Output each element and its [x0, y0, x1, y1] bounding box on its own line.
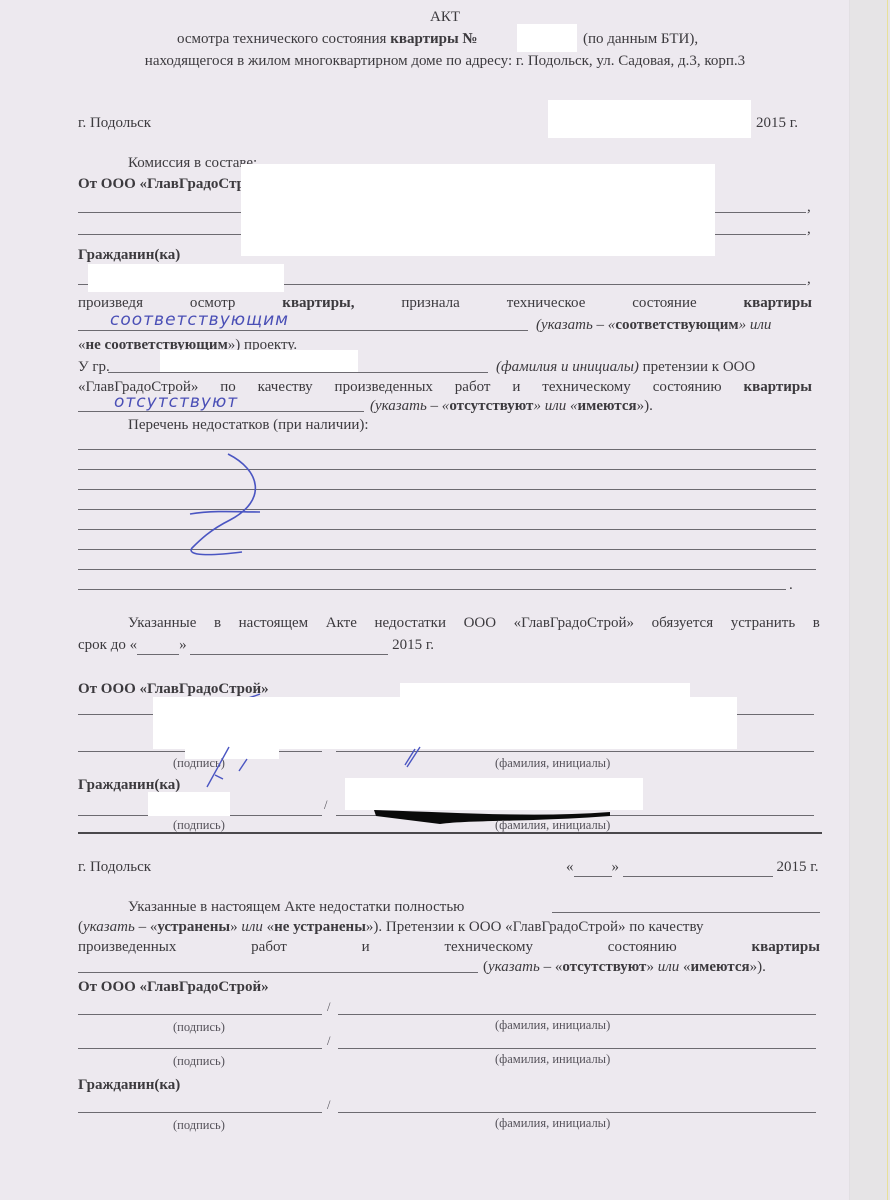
hint-option-1: соответствующим: [615, 317, 738, 333]
deadline-month-field[interactable]: [190, 636, 388, 655]
sig2-company-label: От ООО «ГлавГрадоСтрой»: [78, 978, 269, 996]
handwritten-claims-value: отсутствуют: [114, 392, 238, 412]
deadline-year: 2015 г.: [392, 637, 434, 653]
sig2-citizen-label: Гражданин(ка): [78, 1076, 180, 1094]
sig1-citizen-name-caption: (фамилия, инициалы): [495, 818, 610, 833]
sig1-name-caption: (фамилия, инициалы): [495, 756, 610, 771]
claims-hint: (указать – «отсутствуют» или «имеются»).: [370, 397, 653, 415]
claims-name-hint: (фамилия и инициалы) претензии к ООО: [496, 358, 755, 376]
hint-text: указать: [83, 919, 135, 935]
comma: ,: [807, 198, 811, 216]
redacted-citizen-name: [88, 264, 284, 292]
hint-option-1: устранены: [157, 919, 230, 935]
conformity-hint: (указать – «соответствующим» или: [536, 316, 771, 334]
word: Акте: [326, 614, 357, 632]
redacted-claims-name: [160, 350, 358, 372]
redacted-date: [548, 100, 751, 138]
word: «ГлавГрадоСтрой»: [514, 614, 634, 632]
defects-period: .: [789, 576, 793, 594]
sig2-signature-caption: (подпись): [173, 1054, 225, 1069]
hint-text: или: [238, 919, 267, 935]
word: состояние: [632, 294, 696, 312]
word: ООО: [464, 614, 497, 632]
word: техническому: [444, 938, 533, 956]
commission-intro: Комиссия в составе:: [128, 154, 257, 172]
sig2-signature-line[interactable]: [78, 1112, 322, 1113]
claims-name-field-line[interactable]: [108, 372, 488, 373]
conformity-field-line[interactable]: [78, 330, 528, 331]
handwritten-z-strikeout: [170, 450, 280, 560]
hint-text: указать: [488, 959, 540, 975]
comma: ,: [807, 220, 811, 238]
word: в: [813, 614, 820, 632]
handwritten-conformity-value: соответствующим: [110, 310, 289, 330]
subtitle-text: осмотра технического состояния: [177, 31, 386, 47]
word: Указанные: [128, 614, 196, 632]
word: работ: [455, 378, 491, 396]
claims-field-line[interactable]: [78, 411, 364, 412]
hint-text: или: [658, 959, 680, 975]
deadline-text: срок до «: [78, 637, 137, 653]
slash: /: [324, 798, 327, 813]
hint-text: »). Претензии к ООО «ГлавГрадоСтрой» по …: [366, 919, 704, 935]
sig2-name-caption: (фамилия, инициалы): [495, 1116, 610, 1131]
word: произведенных: [335, 378, 433, 396]
word: квартиры,: [282, 294, 354, 312]
hint-option-1: отсутствуют: [449, 398, 533, 414]
sig2-signature-caption: (подпись): [173, 1118, 225, 1133]
sig2-name-line[interactable]: [338, 1112, 816, 1113]
redacted-commission-members: [241, 164, 715, 256]
deadline-line-2: срок до « » 2015 г.: [78, 636, 434, 655]
slash: /: [327, 1098, 330, 1113]
sig2-name-line[interactable]: [338, 1048, 816, 1049]
word: и: [362, 938, 370, 956]
deadline-line-1: УказанныевнастоящемАктенедостаткиООО«Гла…: [128, 614, 820, 632]
word: техническому: [542, 378, 631, 396]
defect-entry-line[interactable]: [78, 589, 786, 590]
sig2-name-line[interactable]: [338, 1014, 816, 1015]
defect-entry-line[interactable]: [78, 569, 816, 570]
word: обязуется: [652, 614, 714, 632]
sig2-signature-line[interactable]: [78, 1048, 322, 1049]
hint-text: » или: [739, 317, 772, 333]
sig2-signature-caption: (подпись): [173, 1020, 225, 1035]
followup-date: « » 2015 г.: [566, 858, 818, 877]
word: настоящем: [239, 614, 309, 632]
sig2-signature-line[interactable]: [78, 1014, 322, 1015]
followup-year: 2015 г.: [777, 859, 819, 875]
comma: ,: [807, 270, 811, 288]
city-label: г. Подольск: [78, 114, 151, 132]
date-year: 2015 г.: [756, 114, 798, 132]
hint-text: »).: [637, 398, 653, 414]
section-divider: [78, 832, 822, 834]
word: признала: [401, 294, 459, 312]
claims-suffix-text: претензии к ООО: [643, 359, 756, 375]
hint-option-2: не устранены: [274, 919, 366, 935]
claims-prefix: У гр.: [78, 358, 110, 376]
word: квартиры: [744, 294, 812, 312]
word: работ: [251, 938, 287, 956]
word: недостатки: [374, 614, 446, 632]
hint-option-2: имеются: [690, 959, 749, 975]
word: в: [214, 614, 221, 632]
followup-line-2: (указать – «устранены» или «не устранены…: [78, 918, 704, 936]
word: квартиры: [744, 378, 812, 396]
deadline-text: »: [179, 637, 187, 653]
defects-label: Перечень недостатков (при наличии):: [128, 416, 369, 434]
address-line: находящегося в жилом многоквартирном дом…: [0, 52, 890, 70]
scanned-document-page: АКТ осмотра технического состояния кварт…: [0, 0, 890, 1200]
hint-text: «: [78, 337, 86, 353]
document-title: АКТ: [0, 8, 890, 26]
followup-line-1: Указанные в настоящем Акте недостатки по…: [128, 898, 464, 916]
followup-line-3: произведенныхработитехническомусостоянию…: [78, 938, 820, 956]
subtitle-apartment-label: квартиры №: [390, 31, 477, 47]
word: техническое: [507, 294, 586, 312]
redacted-apartment-number: [517, 24, 577, 52]
sig2-name-caption: (фамилия, инициалы): [495, 1018, 610, 1033]
followup-city: г. Подольск: [78, 858, 151, 876]
hint-text: (указать – «: [536, 317, 615, 333]
hint-text: – «: [135, 919, 158, 935]
word: и: [512, 378, 520, 396]
commission-citizen-label: Гражданин(ка): [78, 246, 180, 264]
word: состоянию: [653, 378, 722, 396]
word: качеству: [258, 378, 313, 396]
word: состоянию: [608, 938, 677, 956]
word: квартиры: [752, 938, 820, 956]
sig2-name-caption: (фамилия, инициалы): [495, 1052, 610, 1067]
word: устранить: [731, 614, 796, 632]
redacted-citizen-signature: [148, 792, 230, 816]
redacted-sig1-names: [153, 697, 737, 749]
scan-page-edge: [849, 0, 890, 1200]
document-subtitle: осмотра технического состояния квартиры …: [177, 30, 477, 48]
sig1-citizen-signature-caption: (подпись): [173, 818, 225, 833]
slash: /: [327, 1000, 330, 1015]
hint-option-1: отсутствуют: [562, 959, 646, 975]
word: произведенных: [78, 938, 176, 956]
hint-text: (фамилия и инициалы): [496, 359, 639, 375]
followup-day-field[interactable]: [574, 858, 612, 877]
followup-claims-field[interactable]: [78, 972, 478, 973]
deadline-day-field[interactable]: [137, 636, 179, 655]
slash: /: [327, 1034, 330, 1049]
hint-text: » или «: [533, 398, 577, 414]
followup-date-text: «: [566, 859, 574, 875]
followup-status-field[interactable]: [552, 912, 820, 913]
followup-claims-hint: (указать – «отсутствуют» или «имеются»).: [483, 958, 766, 976]
subtitle-suffix: (по данным БТИ),: [583, 30, 698, 48]
followup-month-field[interactable]: [623, 858, 773, 877]
followup-date-text: »: [612, 859, 620, 875]
hint-option-2: имеются: [577, 398, 636, 414]
hint-text: (указать – «: [370, 398, 449, 414]
